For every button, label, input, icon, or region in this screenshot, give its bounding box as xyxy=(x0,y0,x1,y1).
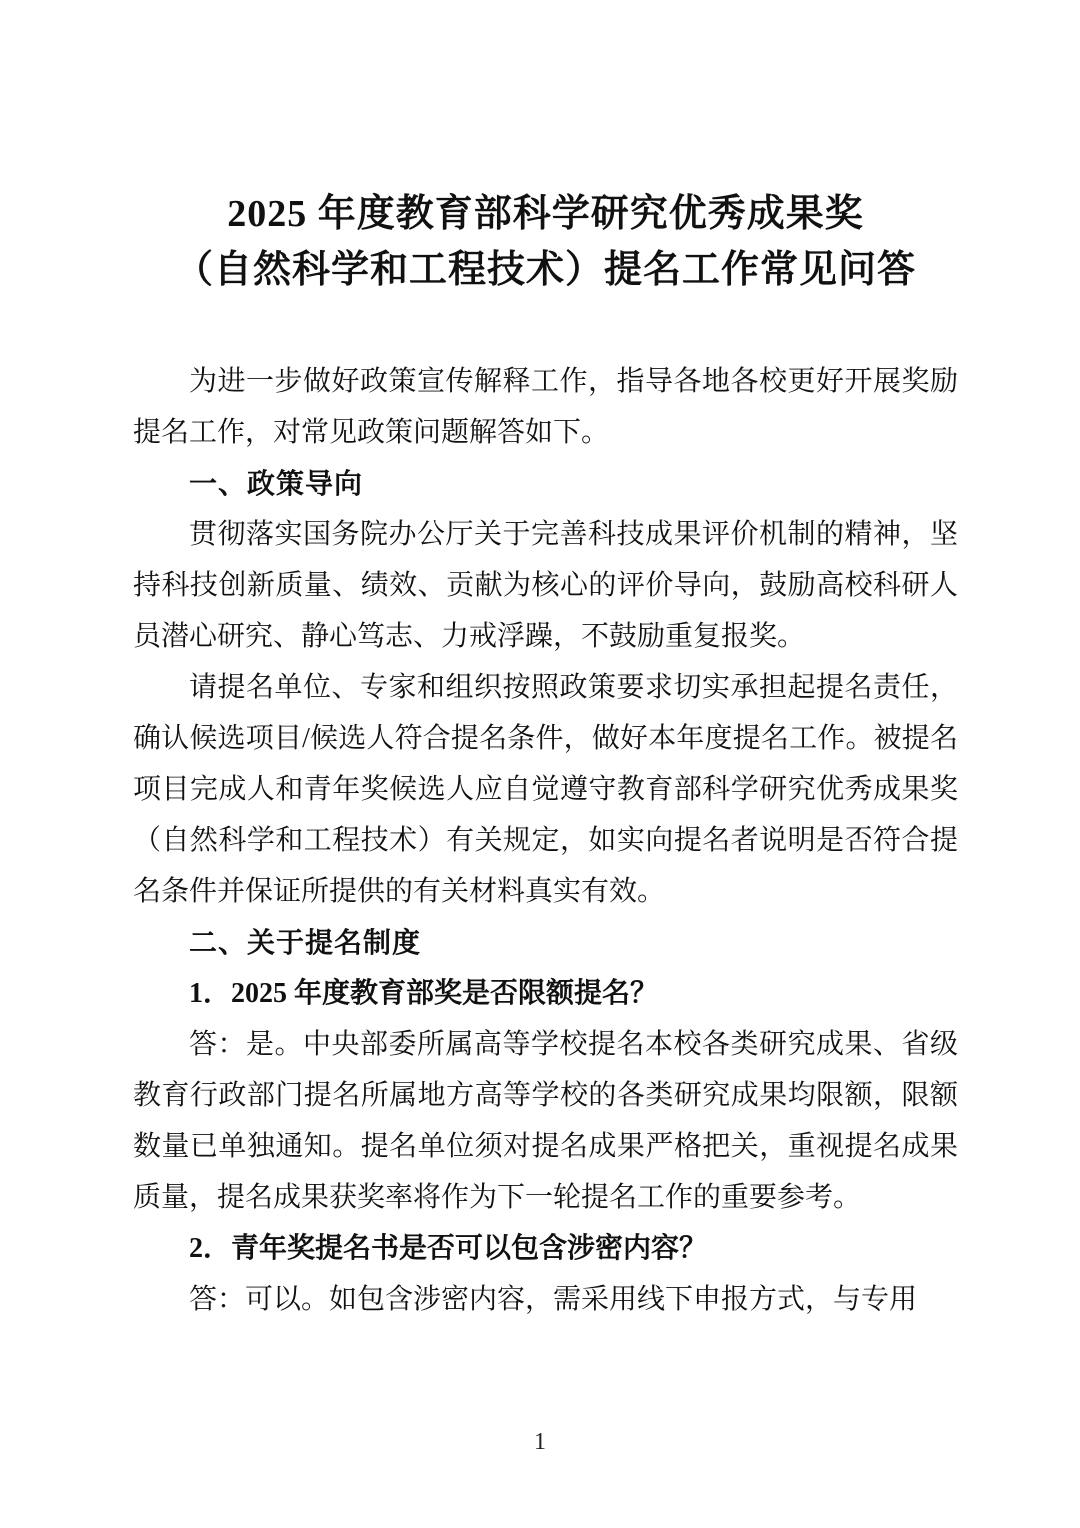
title-line-1: 2025 年度教育部科学研究优秀成果奖 xyxy=(133,186,958,242)
section-1-paragraph-1: 贯彻落实国务院办公厅关于完善科技成果评价机制的精神，坚持科技创新质量、绩效、贡献… xyxy=(133,509,958,662)
section-2-heading: 二、关于提名制度 xyxy=(133,917,958,968)
document-body: 为进一步做好政策宣传解释工作，指导各地各校更好开展奖励提名工作，对常见政策问题解… xyxy=(133,356,958,1325)
document-title: 2025 年度教育部科学研究优秀成果奖 （自然科学和工程技术）提名工作常见问答 xyxy=(133,186,958,298)
title-line-2: （自然科学和工程技术）提名工作常见问答 xyxy=(133,242,958,298)
answer-1: 答：是。中央部委所属高等学校提名本校各类研究成果、省级教育行政部门提名所属地方高… xyxy=(133,1019,958,1223)
intro-paragraph: 为进一步做好政策宣传解释工作，指导各地各校更好开展奖励提名工作，对常见政策问题解… xyxy=(133,356,958,458)
page-number: 1 xyxy=(0,1429,1080,1456)
question-1: 1．2025 年度教育部奖是否限额提名？ xyxy=(133,968,958,1019)
document-page: 2025 年度教育部科学研究优秀成果奖 （自然科学和工程技术）提名工作常见问答 … xyxy=(0,0,1080,1528)
section-1-paragraph-2: 请提名单位、专家和组织按照政策要求切实承担起提名责任，确认候选项目/候选人符合提… xyxy=(133,662,958,917)
section-1-heading: 一、政策导向 xyxy=(133,458,958,509)
question-2: 2．青年奖提名书是否可以包含涉密内容？ xyxy=(133,1223,958,1274)
answer-2: 答：可以。如包含涉密内容，需采用线下申报方式，与专用 xyxy=(133,1274,958,1325)
